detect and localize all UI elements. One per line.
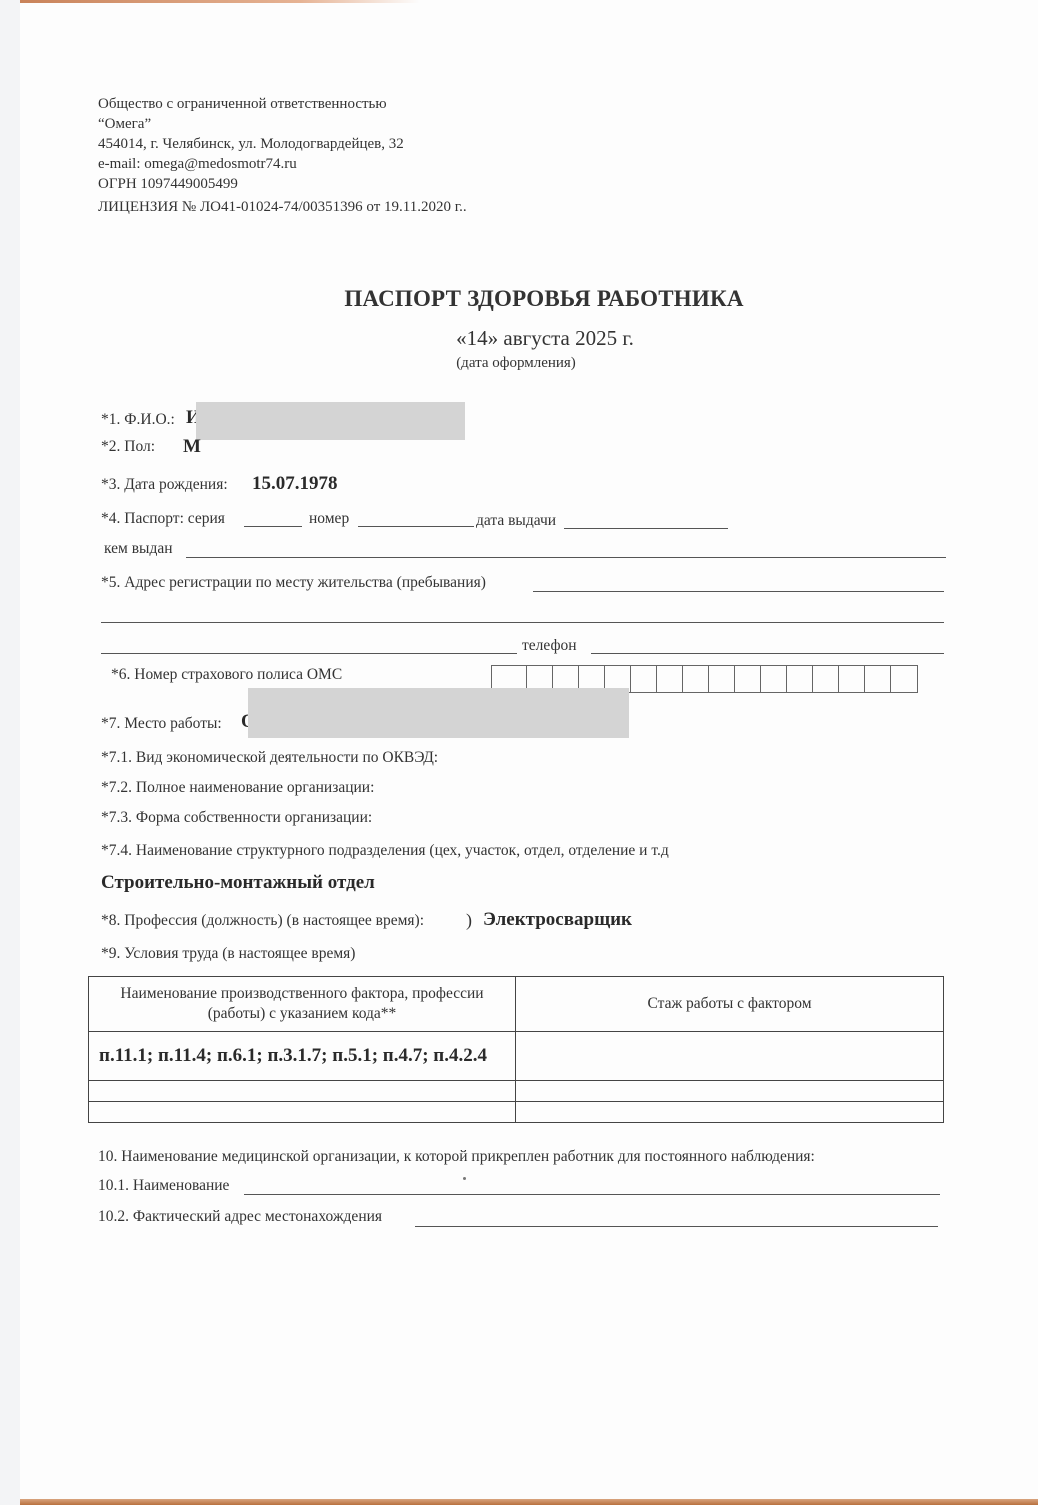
passport-number-label: номер <box>309 510 349 528</box>
scan-speck <box>463 1177 466 1180</box>
division-value: Строительно-монтажный отдел <box>101 872 375 894</box>
okved-label: *7.1. Вид экономической деятельности по … <box>101 749 438 767</box>
org-ogrn: ОГРН 1097449005499 <box>98 174 238 194</box>
oms-digit-box[interactable] <box>657 666 683 692</box>
oms-digit-box[interactable] <box>839 666 865 692</box>
issue-date-caption: (дата оформления) <box>0 355 1032 372</box>
factors-table: Наименование производственного фактора, … <box>88 976 944 1123</box>
experience-cell[interactable] <box>516 1081 944 1102</box>
medical-org-heading: 10. Наименование медицинской организации… <box>98 1148 815 1166</box>
ownership-label: *7.3. Форма собственности организации: <box>101 809 372 827</box>
sex-label: *2. Пол: <box>101 438 155 456</box>
org-address: 454014, г. Челябинск, ул. Молодогвардейц… <box>98 134 404 154</box>
org-license: ЛИЦЕНЗИЯ № ЛО41-01024-74/00351396 от 19.… <box>98 197 467 217</box>
address-label: *5. Адрес регистрации по месту жительств… <box>101 574 486 592</box>
address-field-1[interactable] <box>533 591 944 592</box>
issued-by-field[interactable] <box>186 557 946 558</box>
address-field-2[interactable] <box>101 622 944 623</box>
redacted-fio <box>196 402 465 440</box>
fio-label: *1. Ф.И.О.: <box>101 411 175 429</box>
column-header-experience: Стаж работы с фактором <box>516 977 944 1032</box>
experience-cell[interactable] <box>516 1032 944 1081</box>
passport-number-field[interactable] <box>358 526 474 527</box>
factor-cell[interactable] <box>89 1081 516 1102</box>
phone-label: телефон <box>522 637 577 655</box>
org-name-line1: Общество с ограниченной ответственностью <box>98 94 387 114</box>
paper-edge-bottom <box>20 1499 1038 1505</box>
experience-cell[interactable] <box>516 1102 944 1123</box>
passport-series-field[interactable] <box>244 526 302 527</box>
medical-org-name-label: 10.1. Наименование <box>98 1177 229 1195</box>
oms-digit-box[interactable] <box>709 666 735 692</box>
oms-digit-box[interactable] <box>865 666 891 692</box>
profession-value: Электросварщик <box>483 909 632 931</box>
birth-date-value: 15.07.1978 <box>252 473 338 495</box>
passport-date-label: дата выдачи <box>476 512 556 530</box>
factor-cell[interactable] <box>89 1102 516 1123</box>
factor-codes-cell: п.11.1; п.11.4; п.6.1; п.3.1.7; п.5.1; п… <box>89 1032 516 1081</box>
medical-org-name-field[interactable] <box>244 1194 940 1195</box>
oms-digit-box[interactable] <box>631 666 657 692</box>
division-label: *7.4. Наименование структурного подразде… <box>101 842 669 860</box>
issued-by-label: кем выдан <box>104 540 173 558</box>
oms-digit-box[interactable] <box>813 666 839 692</box>
phone-field[interactable] <box>591 653 944 654</box>
org-name-line2: “Омега” <box>98 114 151 134</box>
redacted-workplace <box>248 688 629 738</box>
workplace-label: *7. Место работы: <box>101 715 222 733</box>
profession-mark: ) <box>466 910 472 931</box>
address-field-3[interactable] <box>101 653 517 654</box>
table-row: п.11.1; п.11.4; п.6.1; п.3.1.7; п.5.1; п… <box>89 1032 944 1081</box>
org-full-name-label: *7.2. Полное наименование организации: <box>101 779 374 797</box>
oms-digit-box[interactable] <box>761 666 787 692</box>
passport-date-field[interactable] <box>564 528 728 529</box>
paper-edge-top <box>20 0 420 3</box>
profession-label: *8. Профессия (должность) (в настоящее в… <box>101 912 424 930</box>
medical-org-address-label: 10.2. Фактический адрес местонахождения <box>98 1208 382 1226</box>
column-header-factor: Наименование производственного фактора, … <box>89 977 516 1032</box>
sex-value: М <box>183 436 201 458</box>
table-row <box>89 1102 944 1123</box>
table-row <box>89 1081 944 1102</box>
oms-label: *6. Номер страхового полиса ОМС <box>111 666 342 684</box>
passport-series-label: *4. Паспорт: серия <box>101 510 225 528</box>
birth-date-label: *3. Дата рождения: <box>101 476 228 494</box>
medical-org-address-field[interactable] <box>415 1226 938 1227</box>
oms-digit-box[interactable] <box>787 666 813 692</box>
document-title: ПАСПОРТ ЗДОРОВЬЯ РАБОТНИКА <box>0 286 1038 312</box>
org-email: e-mail: omega@medosmotr74.ru <box>98 154 297 174</box>
oms-digit-box[interactable] <box>683 666 709 692</box>
issue-date: «14» августа 2025 г. <box>0 326 1038 351</box>
conditions-label: *9. Условия труда (в настоящее время) <box>101 945 355 963</box>
oms-digit-box[interactable] <box>891 666 917 692</box>
oms-digit-box[interactable] <box>735 666 761 692</box>
table-header-row: Наименование производственного фактора, … <box>89 977 944 1032</box>
